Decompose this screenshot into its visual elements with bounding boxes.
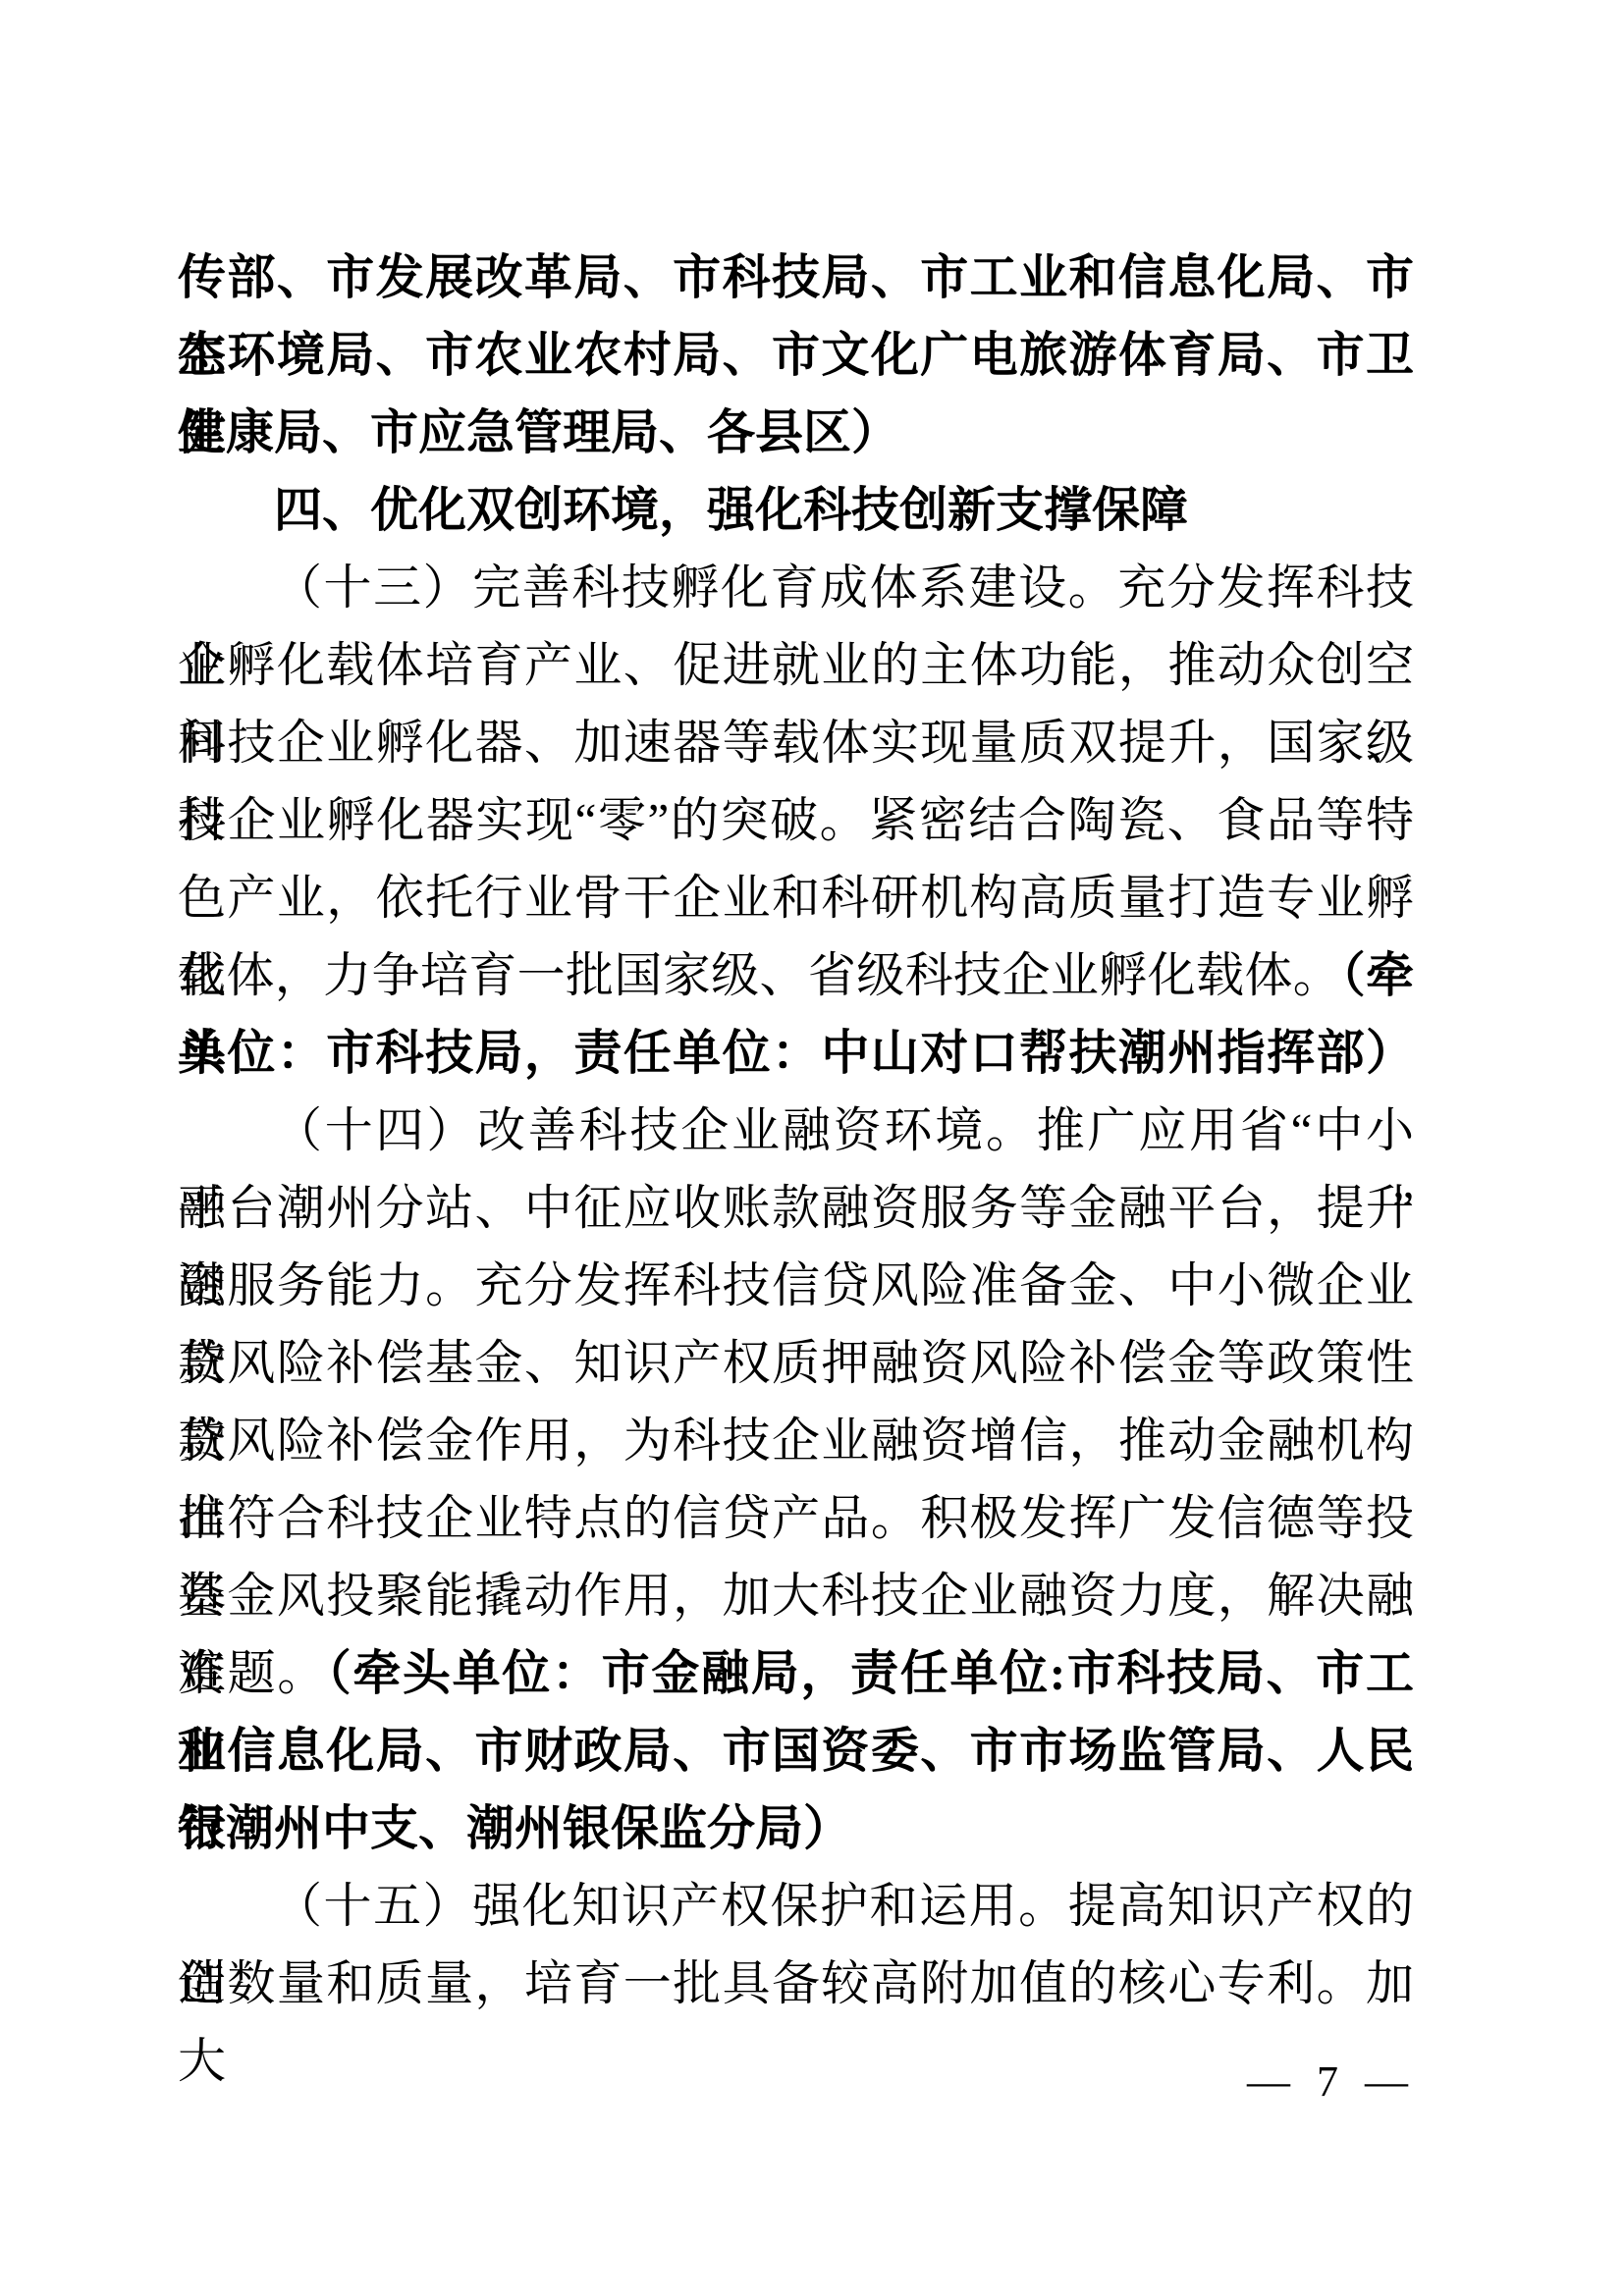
document-line: 和信息化局、市财政局、市国资委、市市场监管局、人民银 <box>178 1712 1414 1789</box>
document-line: 平台潮州分站、中征应收账款融资服务等金融平台，提升融 <box>178 1169 1414 1247</box>
text-segment: 造数量和质量，培育一批具备较高附加值的核心专利。加大 <box>178 1956 1414 2088</box>
text-segment: 四、优化双创环境，强化科技创新支撑保障 <box>274 483 1188 537</box>
document-line: 健康局、市应急管理局、各县区） <box>178 394 1414 471</box>
section-heading: 四、优化双创环境，强化科技创新支撑保障 <box>178 471 1414 549</box>
document-line: 行潮州中支、潮州银保监分局） <box>178 1789 1414 1867</box>
text-segment: 难题。 <box>178 1646 327 1700</box>
document-line: 业孵化载体培育产业、促进就业的主体功能，推动众创空间、 <box>178 626 1414 704</box>
document-page: 传部、市发展改革局、市科技局、市工业和信息化局、市生态环境局、市农业农村局、市文… <box>0 0 1624 2296</box>
document-line: 资服务能力。充分发挥科技信贷风险准备金、中小微企业贷 <box>178 1247 1414 1324</box>
document-line: （十四）改善科技企业融资环境。推广应用省“中小融” <box>178 1092 1414 1169</box>
document-line: 难题。（牵头单位：市金融局，责任单位:市科技局、市工业 <box>178 1634 1414 1712</box>
document-line: 传部、市发展改革局、市科技局、市工业和信息化局、市生 <box>178 239 1414 316</box>
document-line: 色产业，依托行业骨干企业和科研机构高质量打造专业孵化 <box>178 859 1414 936</box>
document-line: 款风险补偿基金、知识产权质押融资风险补偿金等政策性贷 <box>178 1324 1414 1402</box>
document-body: 传部、市发展改革局、市科技局、市工业和信息化局、市生态环境局、市农业农村局、市文… <box>178 239 1414 2022</box>
document-line: 出符合科技企业特点的信贷产品。积极发挥广发信德等投资 <box>178 1479 1414 1557</box>
document-line: （十五）强化知识产权保护和运用。提高知识产权的创 <box>178 1867 1414 1945</box>
text-segment: 载体，力争培育一批国家级、省级科技企业孵化载体。 <box>178 948 1341 1002</box>
document-line: 基金风投聚能撬动作用，加大科技企业融资力度，解决融资 <box>178 1557 1414 1634</box>
document-line: 造数量和质量，培育一批具备较高附加值的核心专利。加大 <box>178 1945 1414 2022</box>
document-line: 技企业孵化器实现“零”的突破。紧密结合陶瓷、食品等特 <box>178 781 1414 859</box>
document-line: 载体，力争培育一批国家级、省级科技企业孵化载体。（牵头 <box>178 936 1414 1014</box>
text-segment: 技企业孵化器实现“零”的突破。紧密结合陶瓷、食品等特 <box>178 793 1414 847</box>
text-segment: 健康局、市应急管理局、各县区） <box>178 405 899 459</box>
document-line: （十三）完善科技孵化育成体系建设。充分发挥科技企 <box>178 549 1414 626</box>
text-segment: 行潮州中支、潮州银保监分局） <box>178 1801 851 1855</box>
page-number: — 7 — <box>1247 2057 1416 2107</box>
document-line: 科技企业孵化器、加速器等载体实现量质双提升，国家级科 <box>178 704 1414 781</box>
text-segment: 单位：市科技局，责任单位：中山对口帮扶潮州指挥部） <box>178 1026 1414 1080</box>
document-line: 单位：市科技局，责任单位：中山对口帮扶潮州指挥部） <box>178 1014 1414 1092</box>
document-line: 态环境局、市农业农村局、市文化广电旅游体育局、市卫生 <box>178 316 1414 394</box>
document-line: 款风险补偿金作用，为科技企业融资增信，推动金融机构推 <box>178 1402 1414 1479</box>
